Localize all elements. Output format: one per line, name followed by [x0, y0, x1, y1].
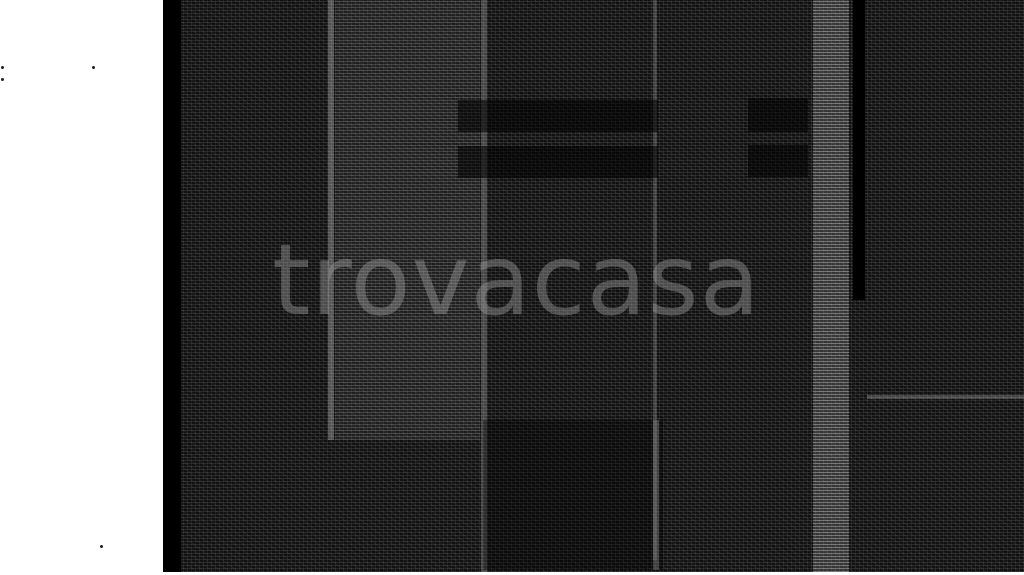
scan-speck	[1, 66, 4, 69]
shelf-edge	[867, 395, 1024, 399]
scan-speck	[100, 545, 103, 548]
scan-speck	[1, 78, 4, 81]
door-frame	[328, 0, 334, 440]
door-gap-shadow	[853, 0, 865, 300]
lower-cabinet	[483, 420, 663, 570]
door-panel	[335, 0, 480, 440]
scan-speck	[92, 66, 95, 69]
watermark-text: trovacasa	[272, 232, 761, 330]
lower-cabinet-edge	[653, 420, 659, 570]
wardrobe-panel-top	[458, 100, 658, 132]
left-white-margin	[0, 0, 163, 575]
wardrobe-panel-middle	[458, 146, 658, 178]
lit-door-jamb	[813, 0, 849, 572]
cabinet-panel-top	[748, 98, 808, 132]
cabinet-panel-middle	[748, 145, 808, 177]
